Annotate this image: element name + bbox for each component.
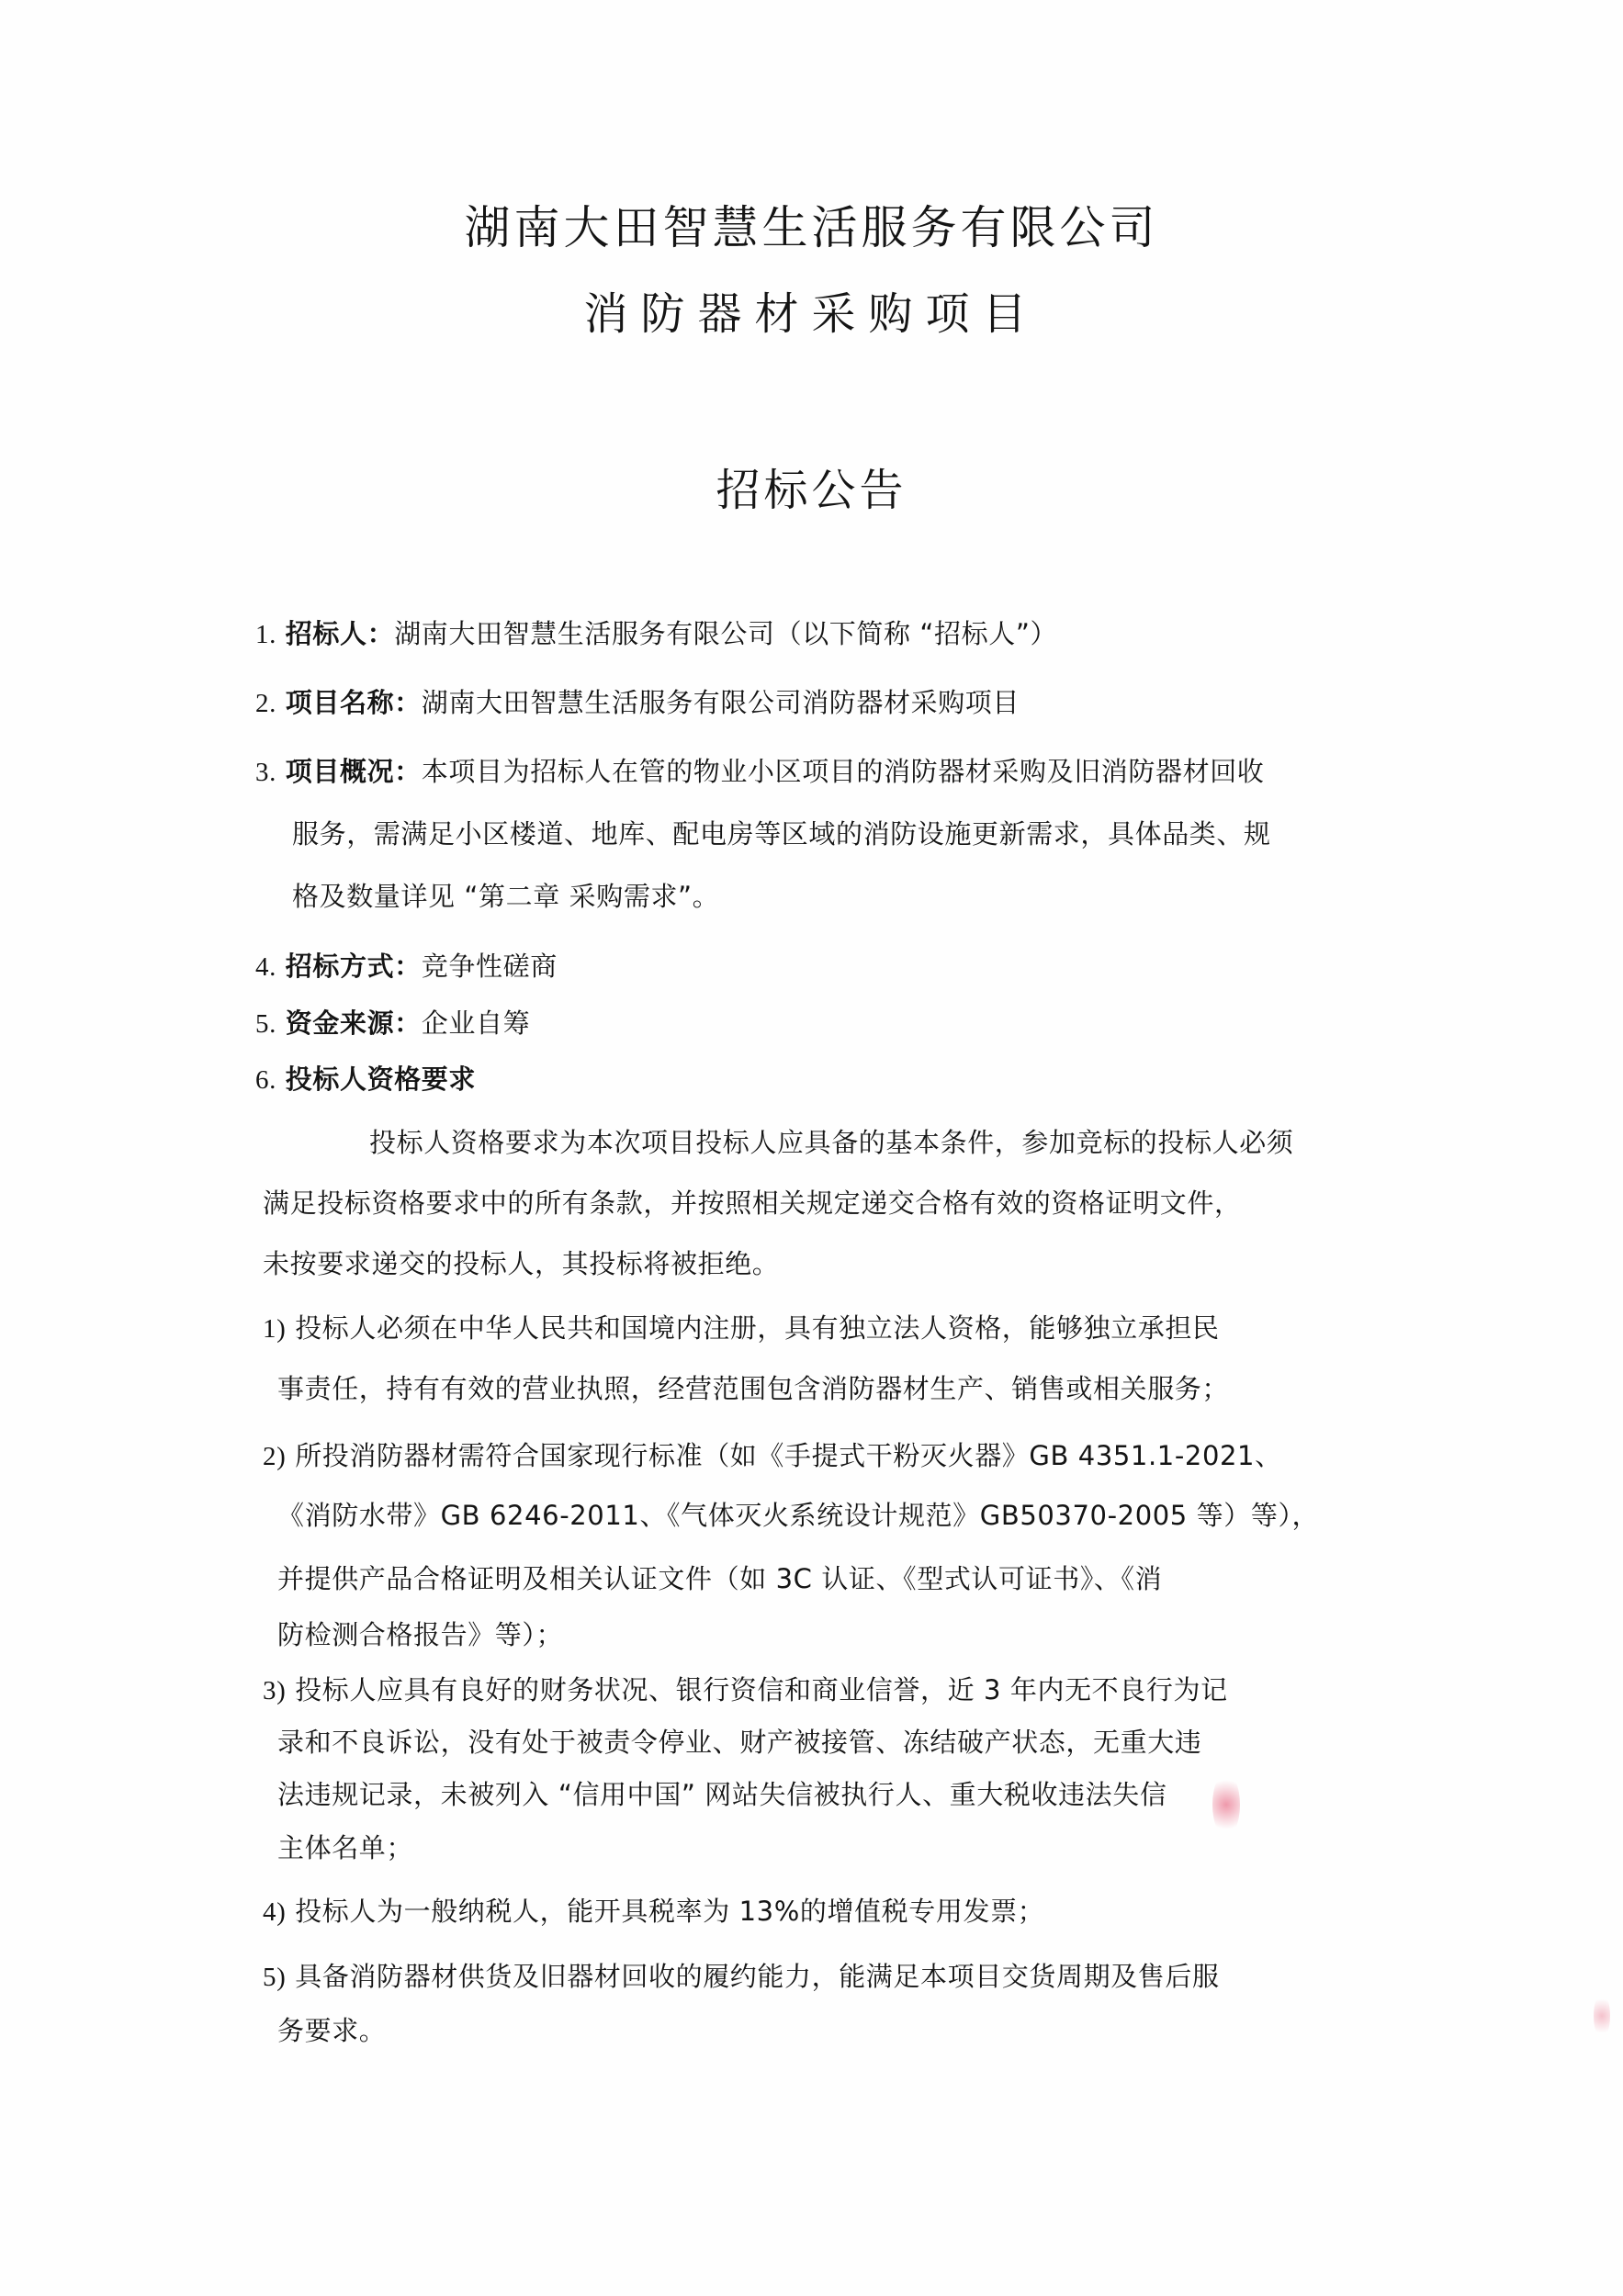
requirement-number: 5) <box>263 1963 286 1993</box>
item-overview-line-2: 服务，需满足小区楼道、地库、配电房等区域的消防设施更新需求，具体品类、规 <box>292 814 1271 851</box>
item-fund-source: 5. 资金来源：企业自筹 <box>255 1003 530 1041</box>
project-title: 消防器材采购项目 <box>0 278 1623 342</box>
item-text: 竞争性磋商 <box>422 951 558 982</box>
requirement-text: 投标人应具有良好的财务状况、银行资信和商业信誉，近 3 年内无不良行为记 <box>295 1674 1228 1705</box>
requirement-text: 投标人为一般纳税人，能开具税率为 13%的增值税专用发票； <box>295 1896 1044 1927</box>
item-text: 湖南大田智慧生活服务有限公司消防器材采购项目 <box>422 687 1020 718</box>
requirement-3-line-3: 法违规记录，未被列入 “信用中国” 网站失信被执行人、重大税收违法失信 <box>277 1774 1167 1812</box>
requirement-2-line-2: 《消防水带》GB 6246-2011、《气体灭火系统设计规范》GB50370-2… <box>277 1495 1319 1533</box>
document-page: 湖南大田智慧生活服务有限公司 消防器材采购项目 招标公告 1. 招标人：湖南大田… <box>0 0 1623 2296</box>
item-number: 1. <box>255 620 276 650</box>
requirement-5-line-2: 务要求。 <box>277 2010 386 2048</box>
requirement-3-line-4: 主体名单； <box>277 1828 413 1865</box>
item-label: 项目概况： <box>286 756 422 787</box>
requirement-text: 具备消防器材供货及旧器材回收的履约能力，能满足本项目交货周期及售后服 <box>295 1961 1219 1992</box>
item-label: 投标人资格要求 <box>286 1064 476 1095</box>
company-title: 湖南大田智慧生活服务有限公司 <box>0 191 1623 257</box>
requirement-2: 2) 所投消防器材需符合国家现行标准（如《手提式干粉灭火器》GB 4351.1-… <box>263 1435 1282 1473</box>
item-number: 6. <box>255 1065 276 1096</box>
qualification-intro-line-2: 满足投标资格要求中的所有条款，并按照相关规定递交合格有效的资格证明文件， <box>263 1183 1242 1221</box>
item-number: 5. <box>255 1009 276 1040</box>
requirement-3-line-2: 录和不良诉讼，没有处于被责令停业、财产被接管、冻结破产状态，无重大违 <box>277 1722 1201 1760</box>
qualification-intro-line-3: 未按要求递交的投标人，其投标将被拒绝。 <box>263 1244 779 1281</box>
item-overview: 3. 项目概况：本项目为招标人在管的物业小区项目的消防器材采购及旧消防器材回收 <box>255 751 1264 789</box>
announcement-heading: 招标公告 <box>0 455 1623 518</box>
seal-mark <box>1212 1773 1240 1837</box>
requirement-1-line-2: 事责任，持有有效的营业执照，经营范围包含消防器材生产、销售或相关服务； <box>277 1368 1229 1406</box>
item-overview-line-3: 格及数量详见 “第二章 采购需求”。 <box>292 876 719 914</box>
requirement-1: 1) 投标人必须在中华人民共和国境内注册，具有独立法人资格，能够独立承担民 <box>263 1308 1220 1345</box>
item-number: 3. <box>255 758 276 788</box>
item-text: 本项目为招标人在管的物业小区项目的消防器材采购及旧消防器材回收 <box>422 756 1265 787</box>
item-label: 资金来源： <box>286 1007 422 1039</box>
requirement-4: 4) 投标人为一般纳税人，能开具税率为 13%的增值税专用发票； <box>263 1891 1044 1929</box>
item-label: 项目名称： <box>286 687 422 718</box>
item-tender-method: 4. 招标方式：竞争性磋商 <box>255 946 558 984</box>
requirement-number: 2) <box>263 1442 286 1472</box>
requirement-number: 4) <box>263 1897 286 1928</box>
seal-mark <box>1594 1993 1610 2039</box>
requirement-number: 1) <box>263 1314 286 1345</box>
item-number: 4. <box>255 952 276 983</box>
qualification-intro-line-1: 投标人资格要求为本次项目投标人应具备的基本条件，参加竞标的投标人必须 <box>369 1122 1293 1160</box>
requirement-number: 3) <box>263 1676 286 1706</box>
requirement-2-line-3: 并提供产品合格证明及相关认证文件（如 3C 认证、《型式认可证书》、《消 <box>277 1559 1162 1596</box>
item-text: 湖南大田智慧生活服务有限公司（以下简称 “招标人”） <box>394 618 1057 649</box>
item-number: 2. <box>255 689 276 719</box>
item-text: 企业自筹 <box>422 1007 530 1039</box>
item-label: 招标方式： <box>286 951 422 982</box>
item-project-name: 2. 项目名称：湖南大田智慧生活服务有限公司消防器材采购项目 <box>255 682 1020 720</box>
requirement-5: 5) 具备消防器材供货及旧器材回收的履约能力，能满足本项目交货周期及售后服 <box>263 1956 1220 1994</box>
item-tenderer: 1. 招标人：湖南大田智慧生活服务有限公司（以下简称 “招标人”） <box>255 613 1057 651</box>
item-qualification: 6. 投标人资格要求 <box>255 1059 476 1097</box>
requirement-2-line-4: 防检测合格报告》等）； <box>277 1615 563 1652</box>
requirement-3: 3) 投标人应具有良好的财务状况、银行资信和商业信誉，近 3 年内无不良行为记 <box>263 1670 1228 1707</box>
item-label: 招标人： <box>286 618 394 649</box>
requirement-text: 所投消防器材需符合国家现行标准（如《手提式干粉灭火器》GB 4351.1-202… <box>295 1440 1282 1471</box>
requirement-text: 投标人必须在中华人民共和国境内注册，具有独立法人资格，能够独立承担民 <box>295 1312 1219 1344</box>
